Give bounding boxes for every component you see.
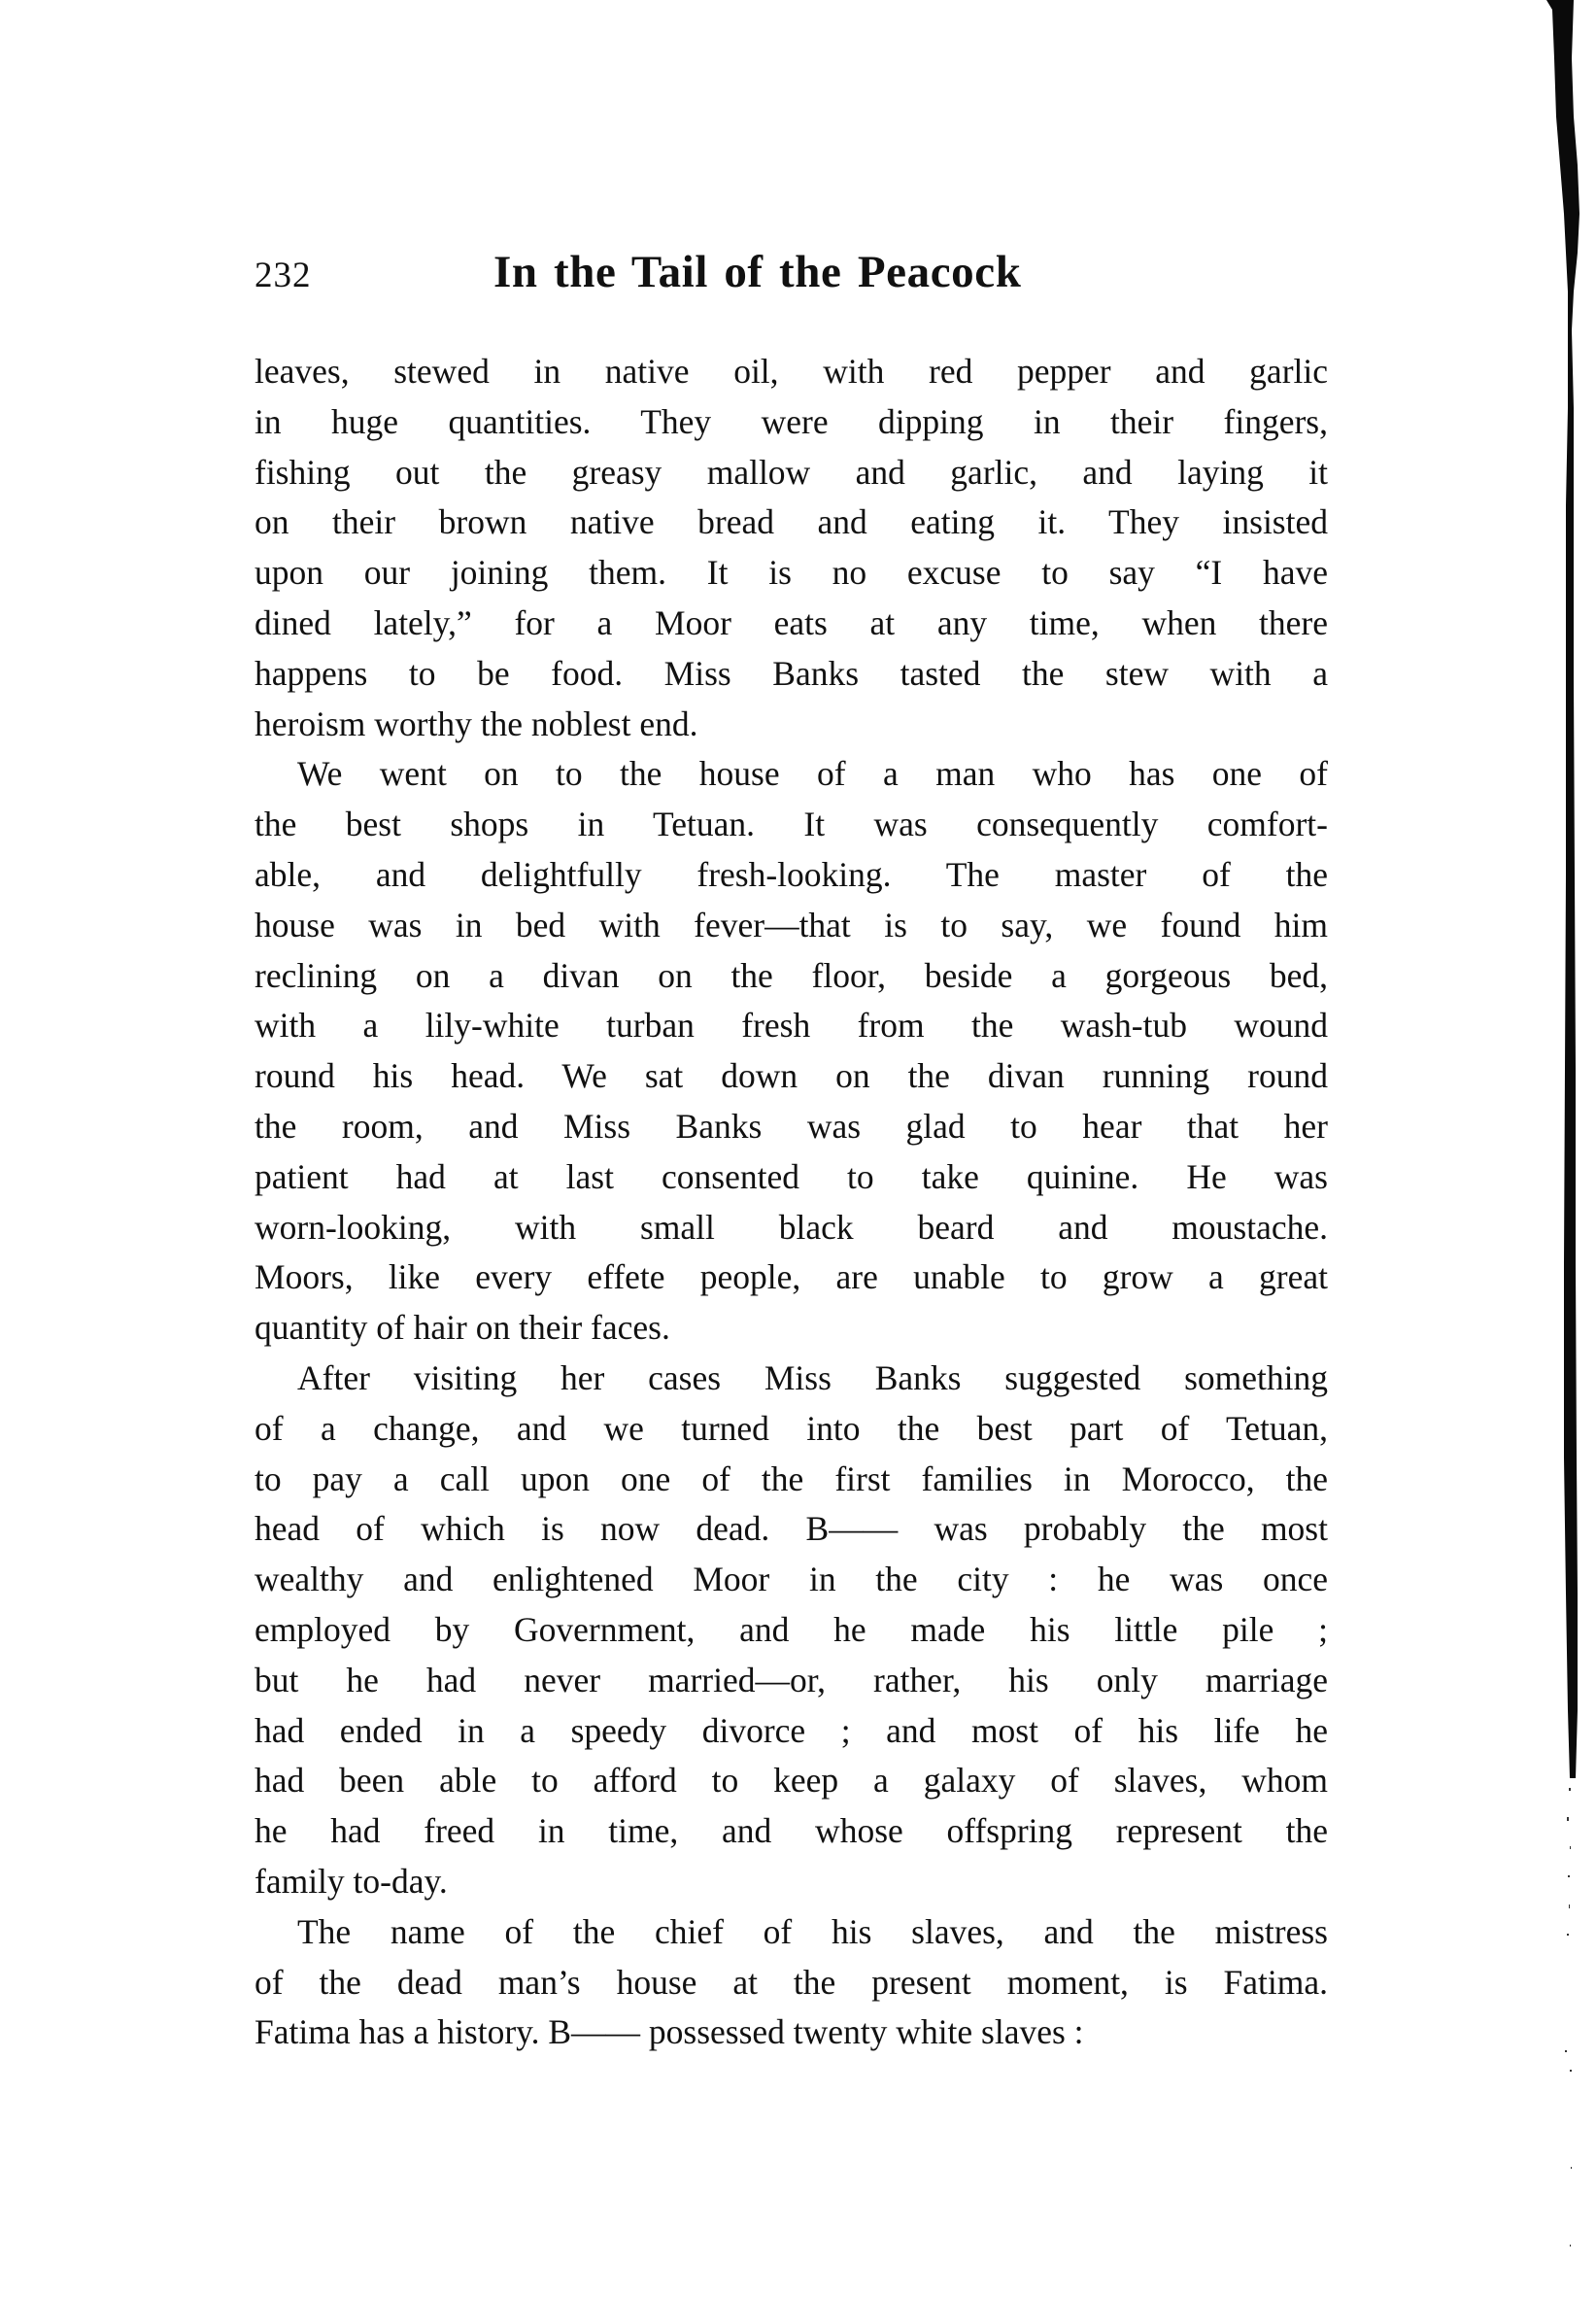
binding-edge-shadow: [1545, 0, 1583, 1788]
paragraph: The name of the chief of his slaves, and…: [255, 1907, 1328, 2058]
text-line: The name of the chief of his slaves, and…: [255, 1907, 1328, 1958]
text-line: the room, and Miss Banks was glad to hea…: [255, 1102, 1328, 1152]
text-line: round his head. We sat down on the divan…: [255, 1051, 1328, 1102]
text-line: heroism worthy the noblest end.: [255, 700, 1328, 750]
paragraph: After visiting her cases Miss Banks sugg…: [255, 1354, 1328, 1907]
page-edge-specks: [1559, 1778, 1579, 2293]
text-line: had ended in a speedy divorce ; and most…: [255, 1706, 1328, 1757]
text-line: of a change, and we turned into the best…: [255, 1404, 1328, 1455]
page-number: 232: [255, 253, 312, 299]
text-line: head of which is now dead. B—— was proba…: [255, 1504, 1328, 1555]
text-line: with a lily-white turban fresh from the …: [255, 1001, 1328, 1051]
body-text: leaves, stewed in native oil, with red p…: [255, 347, 1328, 2058]
text-line: on their brown native bread and eating i…: [255, 498, 1328, 548]
text-line: patient had at last consented to take qu…: [255, 1152, 1328, 1203]
text-line: in huge quantities. They were dipping in…: [255, 397, 1328, 448]
text-line: dined lately,” for a Moor eats at any ti…: [255, 599, 1328, 649]
text-line: but he had never married—or, rather, his…: [255, 1656, 1328, 1706]
text-line: able, and delightfully fresh-looking. Th…: [255, 850, 1328, 901]
text-line: Moors, like every effete people, are una…: [255, 1252, 1328, 1303]
text-line: quantity of hair on their faces.: [255, 1303, 1328, 1354]
text-line: We went on to the house of a man who has…: [255, 749, 1328, 800]
text-line: happens to be food. Miss Banks tasted th…: [255, 649, 1328, 700]
text-line: worn-looking, with small black beard and…: [255, 1203, 1328, 1253]
paragraph: We went on to the house of a man who has…: [255, 749, 1328, 1354]
text-line: leaves, stewed in native oil, with red p…: [255, 347, 1328, 397]
text-line: of the dead man’s house at the present m…: [255, 1958, 1328, 2008]
text-line: house was in bed with fever—that is to s…: [255, 901, 1328, 951]
text-line: the best shops in Tetuan. It was consequ…: [255, 800, 1328, 850]
text-line: had been able to afford to keep a galaxy…: [255, 1756, 1328, 1806]
text-line: upon our joining them. It is no excuse t…: [255, 548, 1328, 599]
text-line: he had freed in time, and whose offsprin…: [255, 1806, 1328, 1857]
text-line: fishing out the greasy mallow and garlic…: [255, 448, 1328, 498]
text-line: wealthy and enlightened Moor in the city…: [255, 1555, 1328, 1605]
paragraph: leaves, stewed in native oil, with red p…: [255, 347, 1328, 749]
text-line: to pay a call upon one of the first fami…: [255, 1455, 1328, 1505]
running-title: In the Tail of the Peacock: [493, 245, 1021, 299]
text-line: family to-day.: [255, 1857, 1328, 1907]
running-head: 232 In the Tail of the Peacock: [255, 245, 1328, 303]
text-line: After visiting her cases Miss Banks sugg…: [255, 1354, 1328, 1404]
text-line: employed by Government, and he made his …: [255, 1605, 1328, 1656]
text-line: Fatima has a history. B—— possessed twen…: [255, 2007, 1328, 2058]
text-line: reclining on a divan on the floor, besid…: [255, 951, 1328, 1002]
book-page: 232 In the Tail of the Peacock leaves, s…: [0, 0, 1596, 2299]
